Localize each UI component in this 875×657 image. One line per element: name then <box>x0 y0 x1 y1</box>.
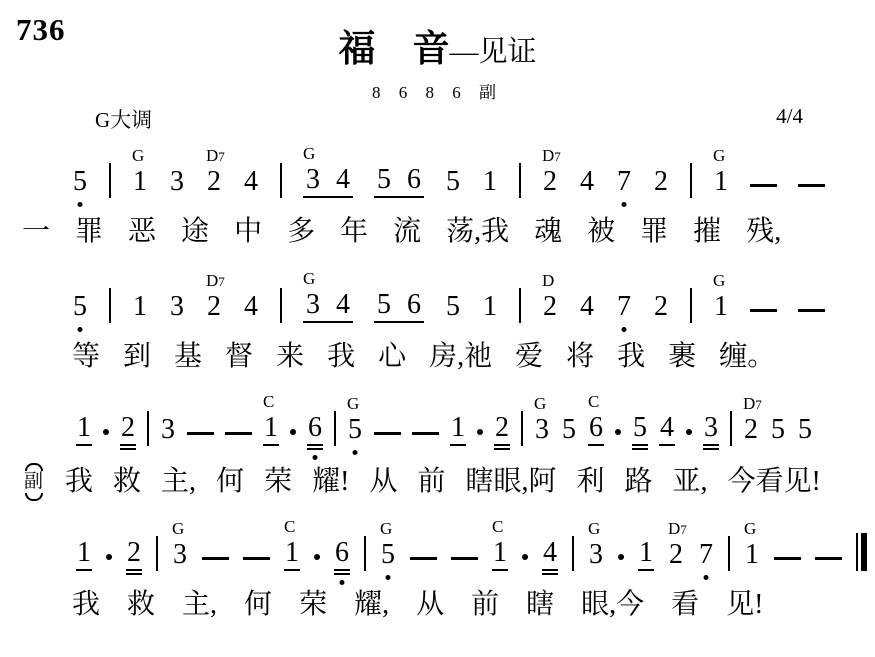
note: G1 <box>744 541 760 571</box>
barline <box>109 288 111 323</box>
hymn-sheet-page: { "page": { "background": "#ffffff", "in… <box>0 0 875 657</box>
note: 4 <box>579 293 595 323</box>
lyric-syllable: 心 <box>378 340 406 374</box>
lyric-syllable: 从 <box>416 588 444 622</box>
barline <box>156 536 158 571</box>
note: 5 <box>72 293 88 323</box>
note-digit: 3 <box>306 166 320 194</box>
chord-label: D7 <box>668 520 687 537</box>
notes-row: 123C16G512G35C6543D7255 <box>0 410 875 446</box>
note: 2 <box>126 539 142 571</box>
note-digit: 6 <box>334 539 350 571</box>
note-digit: 2 <box>743 416 759 446</box>
note: 5 <box>632 414 648 446</box>
lyric-syllable: 前 <box>471 588 499 622</box>
lyric-syllable: 将 <box>566 340 594 374</box>
note-digit: 1 <box>482 293 498 323</box>
lyric-syllable: 残, <box>746 215 781 249</box>
note-digit: 2 <box>653 293 669 323</box>
note-digit: 1 <box>284 539 300 571</box>
note: 2 <box>494 414 510 446</box>
note: D72 <box>206 168 222 198</box>
note-digit: 2 <box>542 168 558 198</box>
note-digit: 1 <box>76 539 92 571</box>
octave-dot <box>622 202 627 207</box>
note: C1 <box>263 414 279 446</box>
chord-label: G <box>713 272 725 289</box>
note-digit: 2 <box>653 168 669 198</box>
lyric-syllable: 前 <box>417 465 445 499</box>
chord-label: C <box>284 518 295 535</box>
augmentation-dot <box>686 429 692 435</box>
music-system: 12G3C16G5C14G31D727G1我救主,何荣耀,从前瞎眼,今看见! <box>0 513 875 622</box>
lyric-syllable: 救 <box>113 465 141 499</box>
music-system: 5G13D724G345651D72472G1一罪恶途中多年流荡,我魂被罪摧残, <box>0 140 875 249</box>
music-system: 123C16G512G35C6543D7255副我救主,何荣耀!从前瞎眼,阿利路… <box>0 388 875 501</box>
note-digit: 1 <box>713 293 729 323</box>
octave-dot <box>704 575 709 580</box>
note-digit: 4 <box>243 293 259 323</box>
note-digit: 3 <box>160 416 176 446</box>
chord-label: G <box>534 395 546 412</box>
note-digit: 5 <box>445 293 461 323</box>
note: 5 <box>72 168 88 198</box>
barline <box>109 163 111 198</box>
note: G5 <box>380 541 396 571</box>
lyrics-row: 一罪恶途中多年流荡,我魂被罪摧残, <box>0 215 875 249</box>
chord-label: G <box>380 520 392 537</box>
chord-label: D7 <box>206 147 225 164</box>
note-digit: 5 <box>377 166 391 194</box>
note: 1 <box>450 414 466 446</box>
note: 3 <box>169 293 185 323</box>
duration-dash <box>412 432 439 435</box>
note: 1 <box>76 539 92 571</box>
barline <box>334 411 336 446</box>
lyric-syllable: 罪 <box>640 215 668 249</box>
beam-group: 56 <box>374 291 424 323</box>
lyric-syllable: 我 <box>72 588 100 622</box>
beam-group: G34 <box>303 291 353 323</box>
note-digit: 5 <box>445 168 461 198</box>
lyric-syllable: 摧 <box>693 215 721 249</box>
note: 6 <box>307 414 323 446</box>
lyric-syllable: 一 <box>22 215 50 249</box>
lyric-syllable: 被 <box>587 215 615 249</box>
note: G1 <box>132 168 148 198</box>
notes-row: 12G3C16G5C14G31D727G1 <box>0 535 875 571</box>
note: 5 <box>797 416 813 446</box>
note: 6 <box>334 539 350 571</box>
note-digit: 4 <box>579 168 595 198</box>
note-digit: 1 <box>450 414 466 446</box>
note-digit: 1 <box>132 168 148 198</box>
barline <box>280 163 282 198</box>
chord-label: G <box>347 395 359 412</box>
note-digit: 3 <box>169 168 185 198</box>
note-digit: 4 <box>579 293 595 323</box>
note-digit: 7 <box>616 293 632 323</box>
octave-dot <box>78 202 83 207</box>
lyric-syllable: 等 <box>72 340 100 374</box>
lyric-syllable: 何 <box>244 588 272 622</box>
note-digit: 4 <box>336 291 350 319</box>
chord-label: D7 <box>743 395 762 412</box>
lyric-syllable: 主, <box>161 465 196 499</box>
hymn-title: 福 音 <box>338 29 449 70</box>
lyric-syllable: 主, <box>182 588 217 622</box>
note-digit: 2 <box>494 414 510 446</box>
note-digit: 6 <box>588 414 604 446</box>
chord-label: C <box>492 518 503 535</box>
chord-label: C <box>588 393 599 410</box>
lyric-syllable: 到 <box>123 340 151 374</box>
barline <box>690 288 692 323</box>
note-digit: 4 <box>542 539 558 571</box>
lyric-syllable: 魂 <box>534 215 562 249</box>
lyric-syllable: 我 <box>617 340 645 374</box>
note: G3 <box>588 541 604 571</box>
note: 3 <box>160 416 176 446</box>
chord-label: G <box>132 147 144 164</box>
note-digit: 6 <box>407 291 421 319</box>
note-digit: 2 <box>542 293 558 323</box>
lyric-syllable: 利 <box>576 465 604 499</box>
barline <box>519 163 521 198</box>
final-barline-thin <box>856 533 858 571</box>
barline <box>730 411 732 446</box>
note-digit: 3 <box>534 416 550 446</box>
octave-dot <box>78 327 83 332</box>
lyric-syllable: 中 <box>234 215 262 249</box>
lyric-syllable: 流 <box>393 215 421 249</box>
augmentation-dot <box>103 429 109 435</box>
note-digit: 4 <box>336 166 350 194</box>
duration-dash <box>374 432 401 435</box>
lyric-syllable: 路 <box>624 465 652 499</box>
chord-seventh: 7 <box>218 274 225 289</box>
augmentation-dot <box>615 429 621 435</box>
note-digit: 5 <box>72 168 88 198</box>
augmentation-dot <box>477 429 483 435</box>
note-digit: 5 <box>770 416 786 446</box>
chord-label: G <box>588 520 600 537</box>
octave-dot <box>340 580 345 585</box>
note-digit: 2 <box>120 414 136 446</box>
note: 3 <box>169 168 185 198</box>
chord-label: D7 <box>206 272 225 289</box>
note: D2 <box>542 293 558 323</box>
note-digit: 5 <box>347 416 363 446</box>
lyric-syllable: 亚, <box>673 465 708 499</box>
note-digit: 1 <box>132 293 148 323</box>
note-digit: 3 <box>588 541 604 571</box>
lyric-syllable: 多 <box>287 215 315 249</box>
note-digit: 1 <box>744 541 760 571</box>
lyric-syllable: 来 <box>276 340 304 374</box>
note-digit: 5 <box>377 291 391 319</box>
beam-group: G34 <box>303 166 353 198</box>
lyric-syllable: 瞎眼,阿 <box>465 465 556 499</box>
note: D72 <box>206 293 222 323</box>
duration-dash <box>774 557 801 560</box>
note-digit: 2 <box>206 168 222 198</box>
lyric-syllable: 从 <box>369 465 397 499</box>
augmentation-dot <box>314 554 320 560</box>
note: 7 <box>698 541 714 571</box>
lyric-syllable: 年 <box>340 215 368 249</box>
octave-dot <box>353 450 358 455</box>
note-digit: 3 <box>306 291 320 319</box>
chord-label: D <box>542 272 554 289</box>
barline <box>280 288 282 323</box>
chord-label: G <box>303 270 315 287</box>
note: C1 <box>492 539 508 571</box>
duration-dash <box>187 432 214 435</box>
note: 2 <box>653 293 669 323</box>
lyrics-row: 等到基督来我心房,祂爱将我裹缠。 <box>0 340 875 374</box>
note: G3 <box>172 541 188 571</box>
music-system: 513D724G345651D2472G1等到基督来我心房,祂爱将我裹缠。 <box>0 265 875 374</box>
note: 4 <box>659 414 675 446</box>
note: 1 <box>132 293 148 323</box>
note: D72 <box>743 416 759 446</box>
note: 5 <box>445 293 461 323</box>
lyric-syllable: 督 <box>225 340 253 374</box>
note-digit: 5 <box>561 416 577 446</box>
lyric-syllable: 看 <box>671 588 699 622</box>
note-digit: 1 <box>263 414 279 446</box>
note-digit: 2 <box>126 539 142 571</box>
note: 4 <box>243 168 259 198</box>
lyric-syllable: 缠。 <box>719 340 775 374</box>
note: 5 <box>561 416 577 446</box>
note: G1 <box>713 168 729 198</box>
refrain-marker: 副 <box>24 463 43 501</box>
hymn-subtitle: —见证 <box>449 36 536 68</box>
note-digit: 7 <box>698 541 714 571</box>
note-digit: 4 <box>243 168 259 198</box>
duration-dash <box>750 184 777 187</box>
note-digit: 1 <box>492 539 508 571</box>
lyric-syllable: 恶 <box>128 215 156 249</box>
note: D72 <box>542 168 558 198</box>
lyric-syllable: 耀! <box>312 465 349 499</box>
lyric-syllable: 爱 <box>515 340 543 374</box>
key-signature: G大调 <box>95 104 152 134</box>
chord-label: G <box>172 520 184 537</box>
note-digit: 4 <box>659 414 675 446</box>
lyrics-row: 我救主,何荣耀,从前瞎眼,今看见! <box>0 588 875 622</box>
final-barline <box>856 533 867 571</box>
note-digit: 3 <box>169 293 185 323</box>
lyric-syllable: 今看见! <box>728 465 821 499</box>
note: 4 <box>579 168 595 198</box>
duration-dash <box>225 432 252 435</box>
chord-label: G <box>713 147 725 164</box>
refrain-bracket-bottom <box>25 493 43 501</box>
duration-dash <box>798 309 825 312</box>
note-digit: 5 <box>797 416 813 446</box>
augmentation-dot <box>618 554 624 560</box>
duration-dash <box>750 309 777 312</box>
refrain-marker-label: 副 <box>24 472 43 492</box>
lyric-syllable: 荣 <box>264 465 292 499</box>
lyric-syllable: 耀, <box>354 588 389 622</box>
duration-dash <box>798 184 825 187</box>
note-digit: 6 <box>407 166 421 194</box>
barline <box>147 411 149 446</box>
augmentation-dot <box>106 554 112 560</box>
chord-label: C <box>263 393 274 410</box>
barline <box>521 411 523 446</box>
note-digit: 1 <box>482 168 498 198</box>
duration-dash <box>410 557 437 560</box>
note: 1 <box>638 539 654 571</box>
beam-group: 56 <box>374 166 424 198</box>
refrain-bracket-top <box>25 463 43 471</box>
lyric-syllable: 何 <box>216 465 244 499</box>
duration-dash <box>243 557 270 560</box>
lyric-syllable: 我 <box>65 465 93 499</box>
note-digit: 2 <box>206 293 222 323</box>
barline <box>519 288 521 323</box>
note: 2 <box>120 414 136 446</box>
final-barline-thick <box>861 533 867 571</box>
note-digit: 3 <box>172 541 188 571</box>
barline <box>690 163 692 198</box>
note: 7 <box>616 293 632 323</box>
note: G1 <box>713 293 729 323</box>
chord-seventh: 7 <box>218 149 225 164</box>
note: G3 <box>534 416 550 446</box>
note: 4 <box>243 293 259 323</box>
chord-seventh: 7 <box>680 522 687 537</box>
lyric-syllable: 罪 <box>75 215 103 249</box>
note-digit: 1 <box>638 539 654 571</box>
note: 1 <box>482 168 498 198</box>
augmentation-dot <box>290 429 296 435</box>
note: 2 <box>653 168 669 198</box>
chord-seventh: 7 <box>755 397 762 412</box>
note-digit: 1 <box>713 168 729 198</box>
lyric-syllable: 救 <box>127 588 155 622</box>
note: D72 <box>668 541 684 571</box>
lyric-syllable: 荡,我 <box>446 215 509 249</box>
octave-dot <box>386 575 391 580</box>
augmentation-dot <box>522 554 528 560</box>
lyrics-row: 副我救主,何荣耀!从前瞎眼,阿利路亚,今看见! <box>0 463 875 501</box>
note-digit: 3 <box>703 414 719 446</box>
octave-dot <box>313 455 318 460</box>
note-digit: 2 <box>668 541 684 571</box>
duration-dash <box>451 557 478 560</box>
note: C6 <box>588 414 604 446</box>
lyric-syllable: 眼,今 <box>581 588 644 622</box>
barline <box>728 536 730 571</box>
note-digit: 6 <box>307 414 323 446</box>
note-digit: 5 <box>632 414 648 446</box>
note-digit: 1 <box>76 414 92 446</box>
chord-label: G <box>744 520 756 537</box>
lyric-syllable: 我 <box>327 340 355 374</box>
lyric-syllable: 裹 <box>668 340 696 374</box>
duration-dash <box>815 557 842 560</box>
note: 3 <box>703 414 719 446</box>
barline <box>364 536 366 571</box>
note: 5 <box>770 416 786 446</box>
duration-dash <box>202 557 229 560</box>
chord-seventh: 7 <box>554 149 561 164</box>
lyric-syllable: 房,祂 <box>429 340 492 374</box>
lyric-syllable: 途 <box>181 215 209 249</box>
note: G5 <box>347 416 363 446</box>
note: C1 <box>284 539 300 571</box>
time-signature: 4/4 <box>776 104 803 134</box>
meter-label: 8 6 8 6 副 <box>0 78 875 103</box>
notes-row: 5G13D724G345651D72472G1 <box>0 162 875 198</box>
note: 1 <box>482 293 498 323</box>
chord-label: D7 <box>542 147 561 164</box>
title-row: 福 音—见证 <box>0 18 875 72</box>
note: 7 <box>616 168 632 198</box>
note-digit: 5 <box>72 293 88 323</box>
note-digit: 7 <box>616 168 632 198</box>
barline <box>572 536 574 571</box>
note-digit: 5 <box>380 541 396 571</box>
note: 5 <box>445 168 461 198</box>
chord-label: G <box>303 145 315 162</box>
key-row: G大调 4/4 <box>95 104 803 134</box>
note: 1 <box>76 414 92 446</box>
lyric-syllable: 瞎 <box>526 588 554 622</box>
note: 4 <box>542 539 558 571</box>
lyric-syllable: 见! <box>726 588 763 622</box>
lyric-syllable: 基 <box>174 340 202 374</box>
lyric-syllable: 荣 <box>299 588 327 622</box>
octave-dot <box>622 327 627 332</box>
notes-row: 513D724G345651D2472G1 <box>0 287 875 323</box>
